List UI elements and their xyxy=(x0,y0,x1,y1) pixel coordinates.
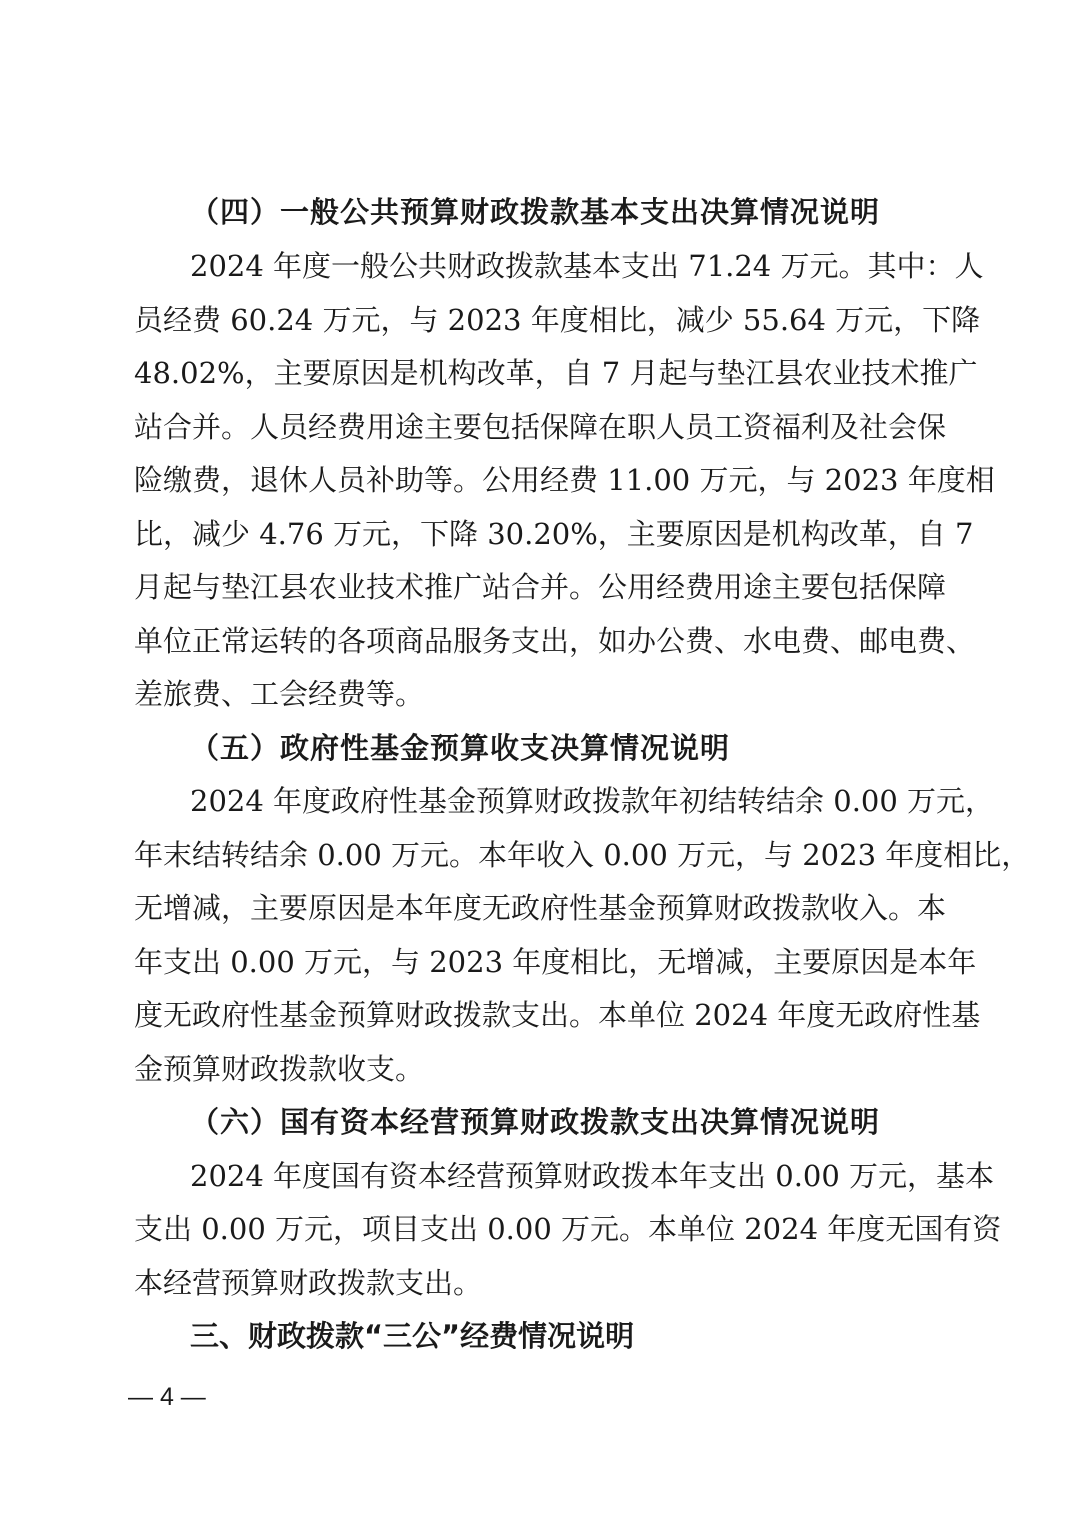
section-heading-6: （六）国有资本经营预算财政拨款支出决算情况说明 xyxy=(190,1102,880,1142)
paragraph-line: 比，减少 4.76 万元，下降 30.20%，主要原因是机构改革，自 7 xyxy=(134,514,946,554)
paragraph-line: 单位正常运转的各项商品服务支出，如办公费、水电费、邮电费、 xyxy=(134,621,946,661)
paragraph-line: 金预算财政拨款收支。 xyxy=(134,1049,946,1089)
paragraph-line: 站合并。人员经费用途主要包括保障在职人员工资福利及社会保 xyxy=(134,407,946,447)
paragraph-line: 年支出 0.00 万元，与 2023 年度相比，无增减，主要原因是本年 xyxy=(134,942,946,982)
paragraph-line: 月起与垫江县农业技术推广站合并。公用经费用途主要包括保障 xyxy=(134,567,946,607)
paragraph-line: 本经营预算财政拨款支出。 xyxy=(134,1263,946,1303)
section-heading-5: （五）政府性基金预算收支决算情况说明 xyxy=(190,728,730,768)
paragraph-line: 2024 年度一般公共财政拨款基本支出 71.24 万元。其中：人 xyxy=(190,246,946,286)
paragraph-line: 年末结转结余 0.00 万元。本年收入 0.00 万元，与 2023 年度相比， xyxy=(134,835,946,875)
section-heading-4: （四）一般公共预算财政拨款基本支出决算情况说明 xyxy=(190,192,880,232)
paragraph-line: 险缴费，退休人员补助等。公用经费 11.00 万元，与 2023 年度相 xyxy=(134,460,946,500)
paragraph-line: 2024 年度国有资本经营预算财政拨本年支出 0.00 万元，基本 xyxy=(190,1156,946,1196)
paragraph-line: 48.02%，主要原因是机构改革，自 7 月起与垫江县农业技术推广 xyxy=(134,353,946,393)
section-heading-3-main: 三、财政拨款“三公”经费情况说明 xyxy=(190,1316,634,1356)
paragraph-line: 员经费 60.24 万元，与 2023 年度相比，减少 55.64 万元，下降 xyxy=(134,300,946,340)
page-number: — 4 — xyxy=(128,1380,206,1414)
paragraph-line: 无增减，主要原因是本年度无政府性基金预算财政拨款收入。本 xyxy=(134,888,946,928)
paragraph-line: 支出 0.00 万元，项目支出 0.00 万元。本单位 2024 年度无国有资 xyxy=(134,1209,946,1249)
document-page: （四）一般公共预算财政拨款基本支出决算情况说明 2024 年度一般公共财政拨款基… xyxy=(0,0,1075,1520)
paragraph-line: 度无政府性基金预算财政拨款支出。本单位 2024 年度无政府性基 xyxy=(134,995,946,1035)
paragraph-line: 2024 年度政府性基金预算财政拨款年初结转结余 0.00 万元， xyxy=(190,781,946,821)
paragraph-line: 差旅费、工会经费等。 xyxy=(134,674,946,714)
